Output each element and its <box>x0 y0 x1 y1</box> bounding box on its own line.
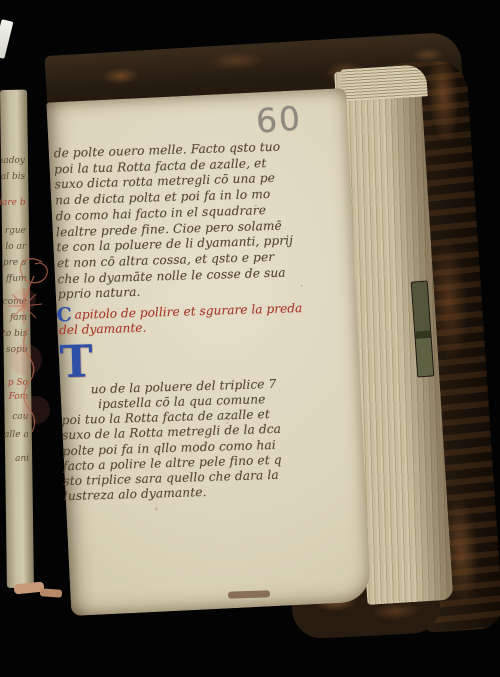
manuscript-photo: madoy al bis iare b rgue lo ar pre a ffu… <box>0 0 500 677</box>
text-block: de polte ouero melle. Facto qsto tuo poi… <box>54 139 325 505</box>
page-tear-fragment <box>228 590 270 598</box>
pencil-folio-number: 60 <box>255 98 304 140</box>
red-penwork-flourish <box>4 240 74 455</box>
facing-page-text-fragment: al bis <box>1 172 26 182</box>
facing-page-text-fragment: iare b <box>0 198 26 208</box>
facing-page-text-fragment: madoy <box>0 156 25 166</box>
facing-page-text-fragment: rgue <box>5 226 26 236</box>
manuscript-page: de polte ouero melle. Facto qsto tuo poi… <box>46 88 371 616</box>
paragraph-1: de polte ouero melle. Facto qsto tuo poi… <box>54 139 319 304</box>
facing-page-text-fragment: ani <box>15 454 29 464</box>
paragraph-2: T uo de la poluere del triplice 7 ipaste… <box>59 335 324 504</box>
page-tear-fragment <box>40 588 63 598</box>
rubric-heading: Capitolo de pollire et sgurare la preda … <box>58 301 319 340</box>
paper-fragment <box>0 19 13 59</box>
